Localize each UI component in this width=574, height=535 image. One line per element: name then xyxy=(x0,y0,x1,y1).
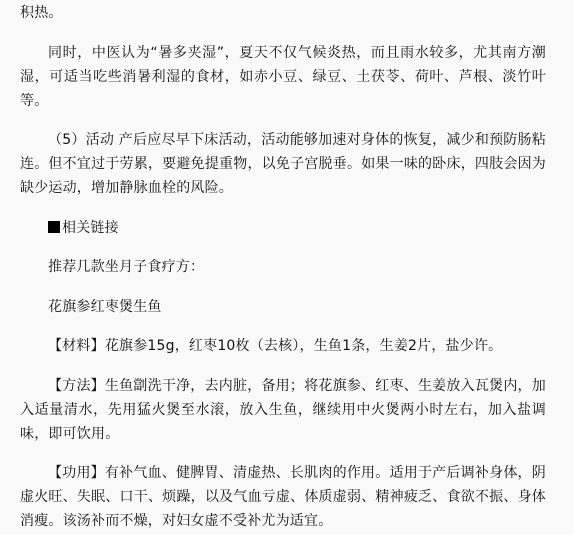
recipe-effect: 【功用】有补气血、健脾胃、清虚热、长肌肉的作用。适用于产后调补身体，阴虚火旺、失… xyxy=(20,461,546,533)
paragraph-activity: （5）活动 产后应尽早下床活动，活动能够加速对身体的恢复，减少和预防肠粘连。但不… xyxy=(20,128,546,200)
recipe-ingredients: 【材料】花旗参15g，红枣10枚（去核），生鱼1条，生姜2片，盐少许。 xyxy=(20,334,546,358)
recipes-intro: 推荐几款坐月子食疗方： xyxy=(20,255,546,279)
paragraph-continued: 积热。 xyxy=(20,1,546,25)
ingredients-label: 【材料】 xyxy=(48,338,105,354)
recipe-name: 花旗参红枣煲生鱼 xyxy=(20,295,546,319)
ingredients-text: 花旗参15g，红枣10枚（去核），生鱼1条，生姜2片，盐少许。 xyxy=(105,338,503,354)
black-square-icon xyxy=(48,221,60,233)
related-links-heading: 相关链接 xyxy=(20,216,546,240)
related-links-title: 相关链接 xyxy=(62,220,119,236)
paragraph-summer-dampness: 同时，中医认为“暑多夹湿”，夏天不仅气候炎热，而且雨水较多，尤其南方潮湿，可适当… xyxy=(20,41,546,113)
recipe-method: 【方法】生鱼劏洗干净，去内脏，备用；将花旗参、红枣、生姜放入瓦煲内，加入适量清水… xyxy=(20,374,546,446)
article-body: 积热。 同时，中医认为“暑多夹湿”，夏天不仅气候炎热，而且雨水较多，尤其南方潮湿… xyxy=(0,1,574,533)
effect-label: 【功用】 xyxy=(48,465,105,481)
method-label: 【方法】 xyxy=(48,378,105,394)
